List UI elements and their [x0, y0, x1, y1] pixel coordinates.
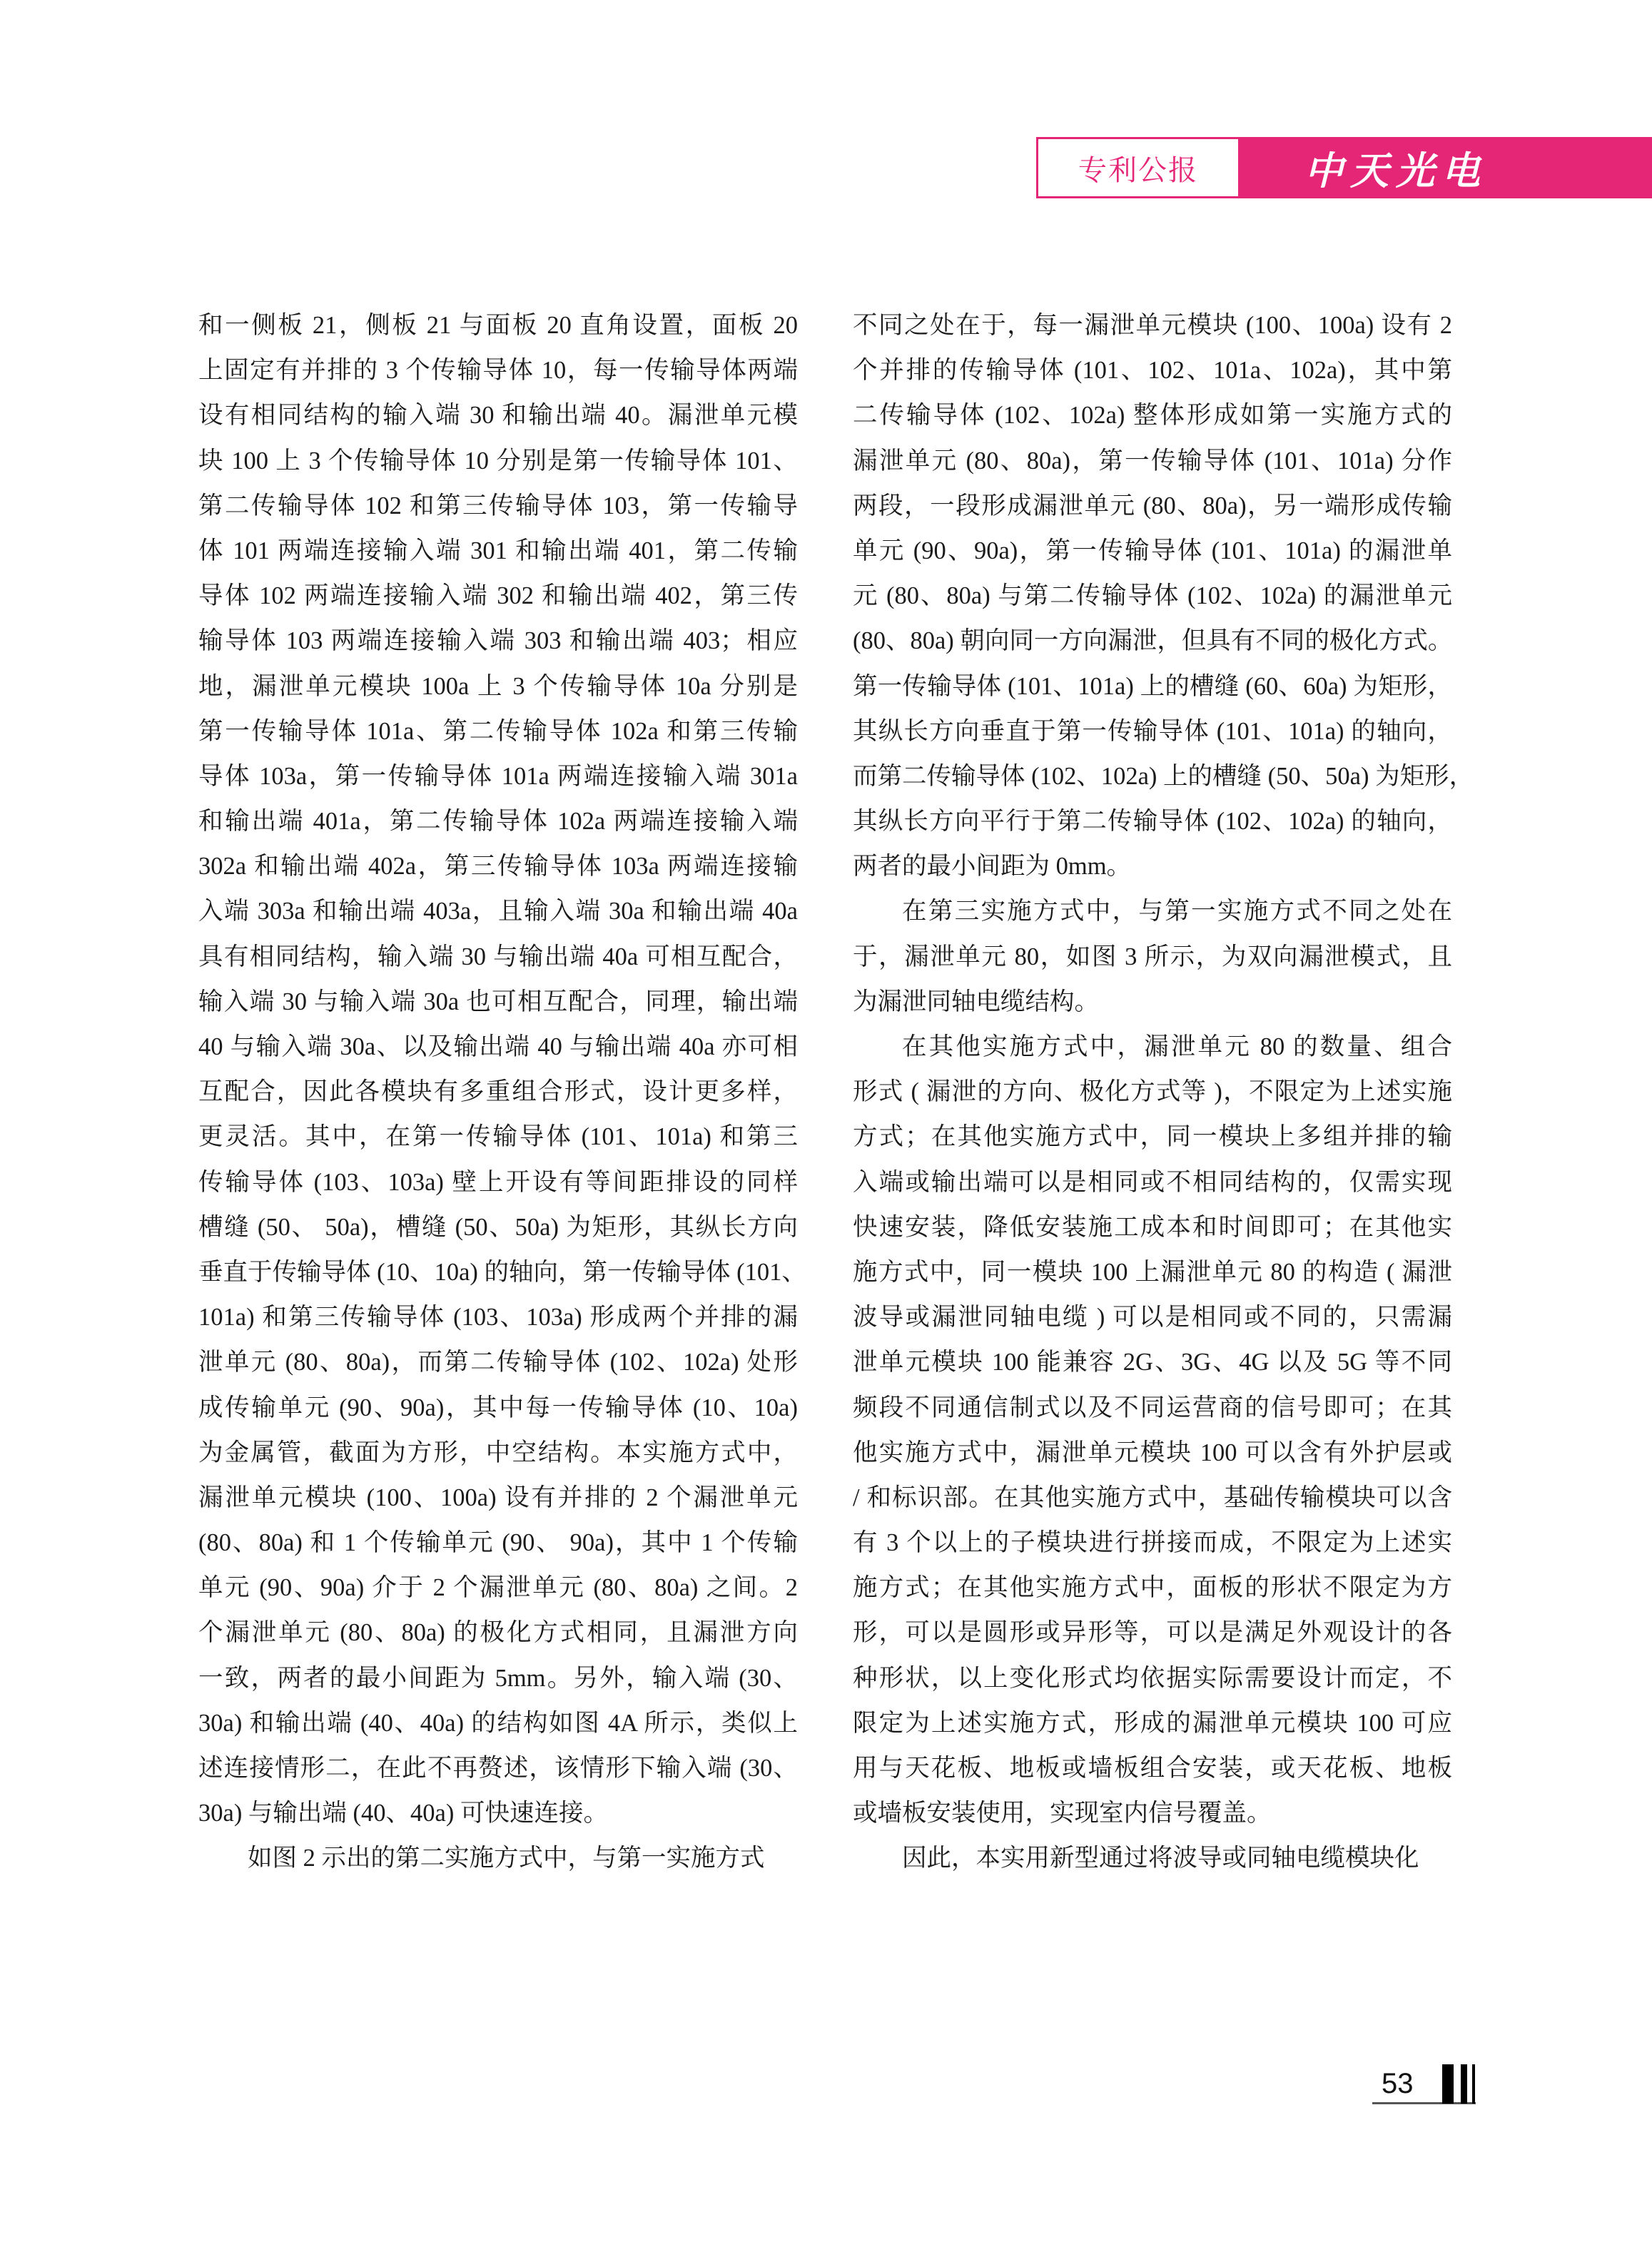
text-line: 个漏泄单元 (80、80a) 的极化方式相同，且漏泄方向: [198, 1611, 798, 1655]
text-line: 而第二传输导体 (102、102a) 上的槽缝 (50、50a) 为矩形，: [853, 754, 1452, 799]
text-line: / 和标识部。在其他实施方式中，基础传输模块可以含: [853, 1476, 1452, 1521]
text-line: 40 与输入端 30a、以及输出端 40 与输出端 40a 亦可相: [198, 1025, 798, 1070]
text-line: 传输导体 (103、103a) 壁上开设有等间距排设的同样: [198, 1160, 798, 1205]
text-line: 因此，本实用新型通过将波导或同轴电缆模块化: [853, 1836, 1452, 1881]
text-line: 互配合，因此各模块有多重组合形式，设计更多样，: [198, 1070, 798, 1115]
text-line: 元 (80、80a) 与第二传输导体 (102、102a) 的漏泄单元: [853, 574, 1452, 619]
text-line: 形式 ( 漏泄的方向、极化方式等 )，不限定为上述实施: [853, 1070, 1452, 1115]
text-line: 形，可以是圆形或异形等，可以是满足外观设计的各: [853, 1611, 1452, 1655]
text-line: 两者的最小间距为 0mm。: [853, 844, 1452, 889]
text-line: 或墙板安装使用，实现室内信号覆盖。: [853, 1791, 1452, 1836]
text-line: 述连接情形二，在此不再赘述，该情形下输入端 (30、: [198, 1746, 798, 1791]
text-line: 设有相同结构的输入端 30 和输出端 40。漏泄单元模: [198, 393, 798, 438]
text-line: 漏泄单元 (80、80a)，第一传输导体 (101、101a) 分作: [853, 439, 1452, 484]
text-line: 方式；在其他实施方式中，同一模块上多组并排的输: [853, 1115, 1452, 1160]
text-line: 和输出端 401a，第二传输导体 102a 两端连接输入端: [198, 799, 798, 844]
text-line: 施方式；在其他实施方式中，面板的形状不限定为方: [853, 1566, 1452, 1611]
text-line: 入端或输出端可以是相同或不相同结构的，仅需实现: [853, 1160, 1452, 1205]
text-line: 输入端 30 与输入端 30a 也可相互配合，同理，输出端: [198, 980, 798, 1025]
text-line: 施方式中，同一模块 100 上漏泄单元 80 的构造 ( 漏泄: [853, 1250, 1452, 1295]
page-marker-bar-icon: [1461, 2064, 1467, 2104]
text-line: 第一传输导体 101a、第二传输导体 102a 和第三传输: [198, 709, 798, 754]
page-marker-bar-icon: [1472, 2064, 1475, 2104]
page-header: 专利公报 中天光电: [1036, 137, 1652, 198]
text-line: 如图 2 示出的第二实施方式中，与第一实施方式: [198, 1836, 798, 1881]
text-line: 有 3 个以上的子模块进行拼接而成，不限定为上述实: [853, 1521, 1452, 1566]
text-line: 漏泄单元模块 (100、100a) 设有并排的 2 个漏泄单元: [198, 1476, 798, 1521]
text-line: 泄单元模块 100 能兼容 2G、3G、4G 以及 5G 等不同: [853, 1340, 1452, 1385]
text-line: 成传输单元 (90、90a)，其中每一传输导体 (10、10a): [198, 1386, 798, 1431]
text-line: 其纵长方向垂直于第一传输导体 (101、101a) 的轴向，: [853, 709, 1452, 754]
text-line: 其纵长方向平行于第二传输导体 (102、102a) 的轴向，: [853, 799, 1452, 844]
text-line: 二传输导体 (102、102a) 整体形成如第一实施方式的: [853, 393, 1452, 438]
text-line: 在其他实施方式中，漏泄单元 80 的数量、组合: [853, 1025, 1452, 1070]
page-number: 53: [1382, 2068, 1414, 2100]
text-line: 于，漏泄单元 80，如图 3 所示，为双向漏泄模式，且: [853, 935, 1452, 980]
text-line: 更灵活。其中，在第一传输导体 (101、101a) 和第三: [198, 1115, 798, 1160]
text-line: 快速安装，降低安装施工成本和时间即可；在其他实: [853, 1205, 1452, 1250]
text-line: 块 100 上 3 个传输导体 10 分别是第一传输导体 101、: [198, 439, 798, 484]
text-line: 上固定有并排的 3 个传输导体 10，每一传输导体两端: [198, 348, 798, 393]
text-line: 第二传输导体 102 和第三传输导体 103，第一传输导: [198, 484, 798, 529]
text-line: 30a) 与输出端 (40、40a) 可快速连接。: [198, 1791, 798, 1836]
text-line: 泄单元 (80、80a)，而第二传输导体 (102、102a) 处形: [198, 1340, 798, 1385]
text-line: 一致，两者的最小间距为 5mm。另外，输入端 (30、: [198, 1656, 798, 1701]
text-line: 两段，一段形成漏泄单元 (80、80a)，另一端形成传输: [853, 484, 1452, 529]
text-line: 垂直于传输导体 (10、10a) 的轴向，第一传输导体 (101、: [198, 1250, 798, 1295]
text-line: 体 101 两端连接输入端 301 和输出端 401，第二传输: [198, 529, 798, 574]
text-line: 导体 103a，第一传输导体 101a 两端连接输入端 301a: [198, 754, 798, 799]
text-line: 302a 和输出端 402a，第三传输导体 103a 两端连接输: [198, 844, 798, 889]
text-line: 槽缝 (50、 50a)，槽缝 (50、50a) 为矩形，其纵长方向: [198, 1205, 798, 1250]
text-line: 个并排的传输导体 (101、102、101a、102a)，其中第: [853, 348, 1452, 393]
text-line: 输导体 103 两端连接输入端 303 和输出端 403；相应: [198, 619, 798, 664]
text-line: 为金属管，截面为方形，中空结构。本实施方式中，: [198, 1431, 798, 1476]
page-marker-bar-icon: [1442, 2064, 1454, 2104]
text-line: 为漏泄同轴电缆结构。: [853, 980, 1452, 1025]
brand-banner: 中天光电: [1240, 137, 1652, 198]
text-line: 单元 (90、90a)，第一传输导体 (101、101a) 的漏泄单: [853, 529, 1452, 574]
text-line: 地，漏泄单元模块 100a 上 3 个传输导体 10a 分别是: [198, 664, 798, 709]
text-line: (80、80a) 和 1 个传输单元 (90、 90a)，其中 1 个传输: [198, 1521, 798, 1566]
text-line: 他实施方式中，漏泄单元模块 100 可以含有外护层或: [853, 1431, 1452, 1476]
text-column-right: 不同之处在于，每一漏泄单元模块 (100、100a) 设有 2个并排的传输导体 …: [853, 303, 1452, 1882]
text-line: (80、80a) 朝向同一方向漏泄，但具有不同的极化方式。: [853, 619, 1452, 664]
text-line: 种形状，以上变化形式均依据实际需要设计而定，不: [853, 1656, 1452, 1701]
text-line: 101a) 和第三传输导体 (103、103a) 形成两个并排的漏: [198, 1295, 798, 1340]
text-line: 单元 (90、90a) 介于 2 个漏泄单元 (80、80a) 之间。2: [198, 1566, 798, 1611]
text-line: 30a) 和输出端 (40、40a) 的结构如图 4A 所示，类似上: [198, 1701, 798, 1746]
text-line: 波导或漏泄同轴电缆 ) 可以是相同或不同的，只需漏: [853, 1295, 1452, 1340]
text-line: 和一侧板 21，侧板 21 与面板 20 直角设置，面板 20: [198, 303, 798, 348]
text-line: 不同之处在于，每一漏泄单元模块 (100、100a) 设有 2: [853, 303, 1452, 348]
text-line: 在第三实施方式中，与第一实施方式不同之处在: [853, 889, 1452, 934]
text-line: 用与天花板、地板或墙板组合安装，或天花板、地板: [853, 1746, 1452, 1791]
text-line: 导体 102 两端连接输入端 302 和输出端 402，第三传: [198, 574, 798, 619]
text-line: 频段不同通信制式以及不同运营商的信号即可；在其: [853, 1386, 1452, 1431]
text-line: 第一传输导体 (101、101a) 上的槽缝 (60、60a) 为矩形，: [853, 664, 1452, 709]
section-label: 专利公报: [1036, 137, 1240, 198]
text-line: 具有相同结构，输入端 30 与输出端 40a 可相互配合，: [198, 935, 798, 980]
text-line: 限定为上述实施方式，形成的漏泄单元模块 100 可应: [853, 1701, 1452, 1746]
text-line: 入端 303a 和输出端 403a，且输入端 30a 和输出端 40a: [198, 889, 798, 934]
brand-title: 中天光电: [1304, 141, 1487, 196]
text-column-left: 和一侧板 21，侧板 21 与面板 20 直角设置，面板 20上固定有并排的 3…: [198, 303, 798, 1882]
